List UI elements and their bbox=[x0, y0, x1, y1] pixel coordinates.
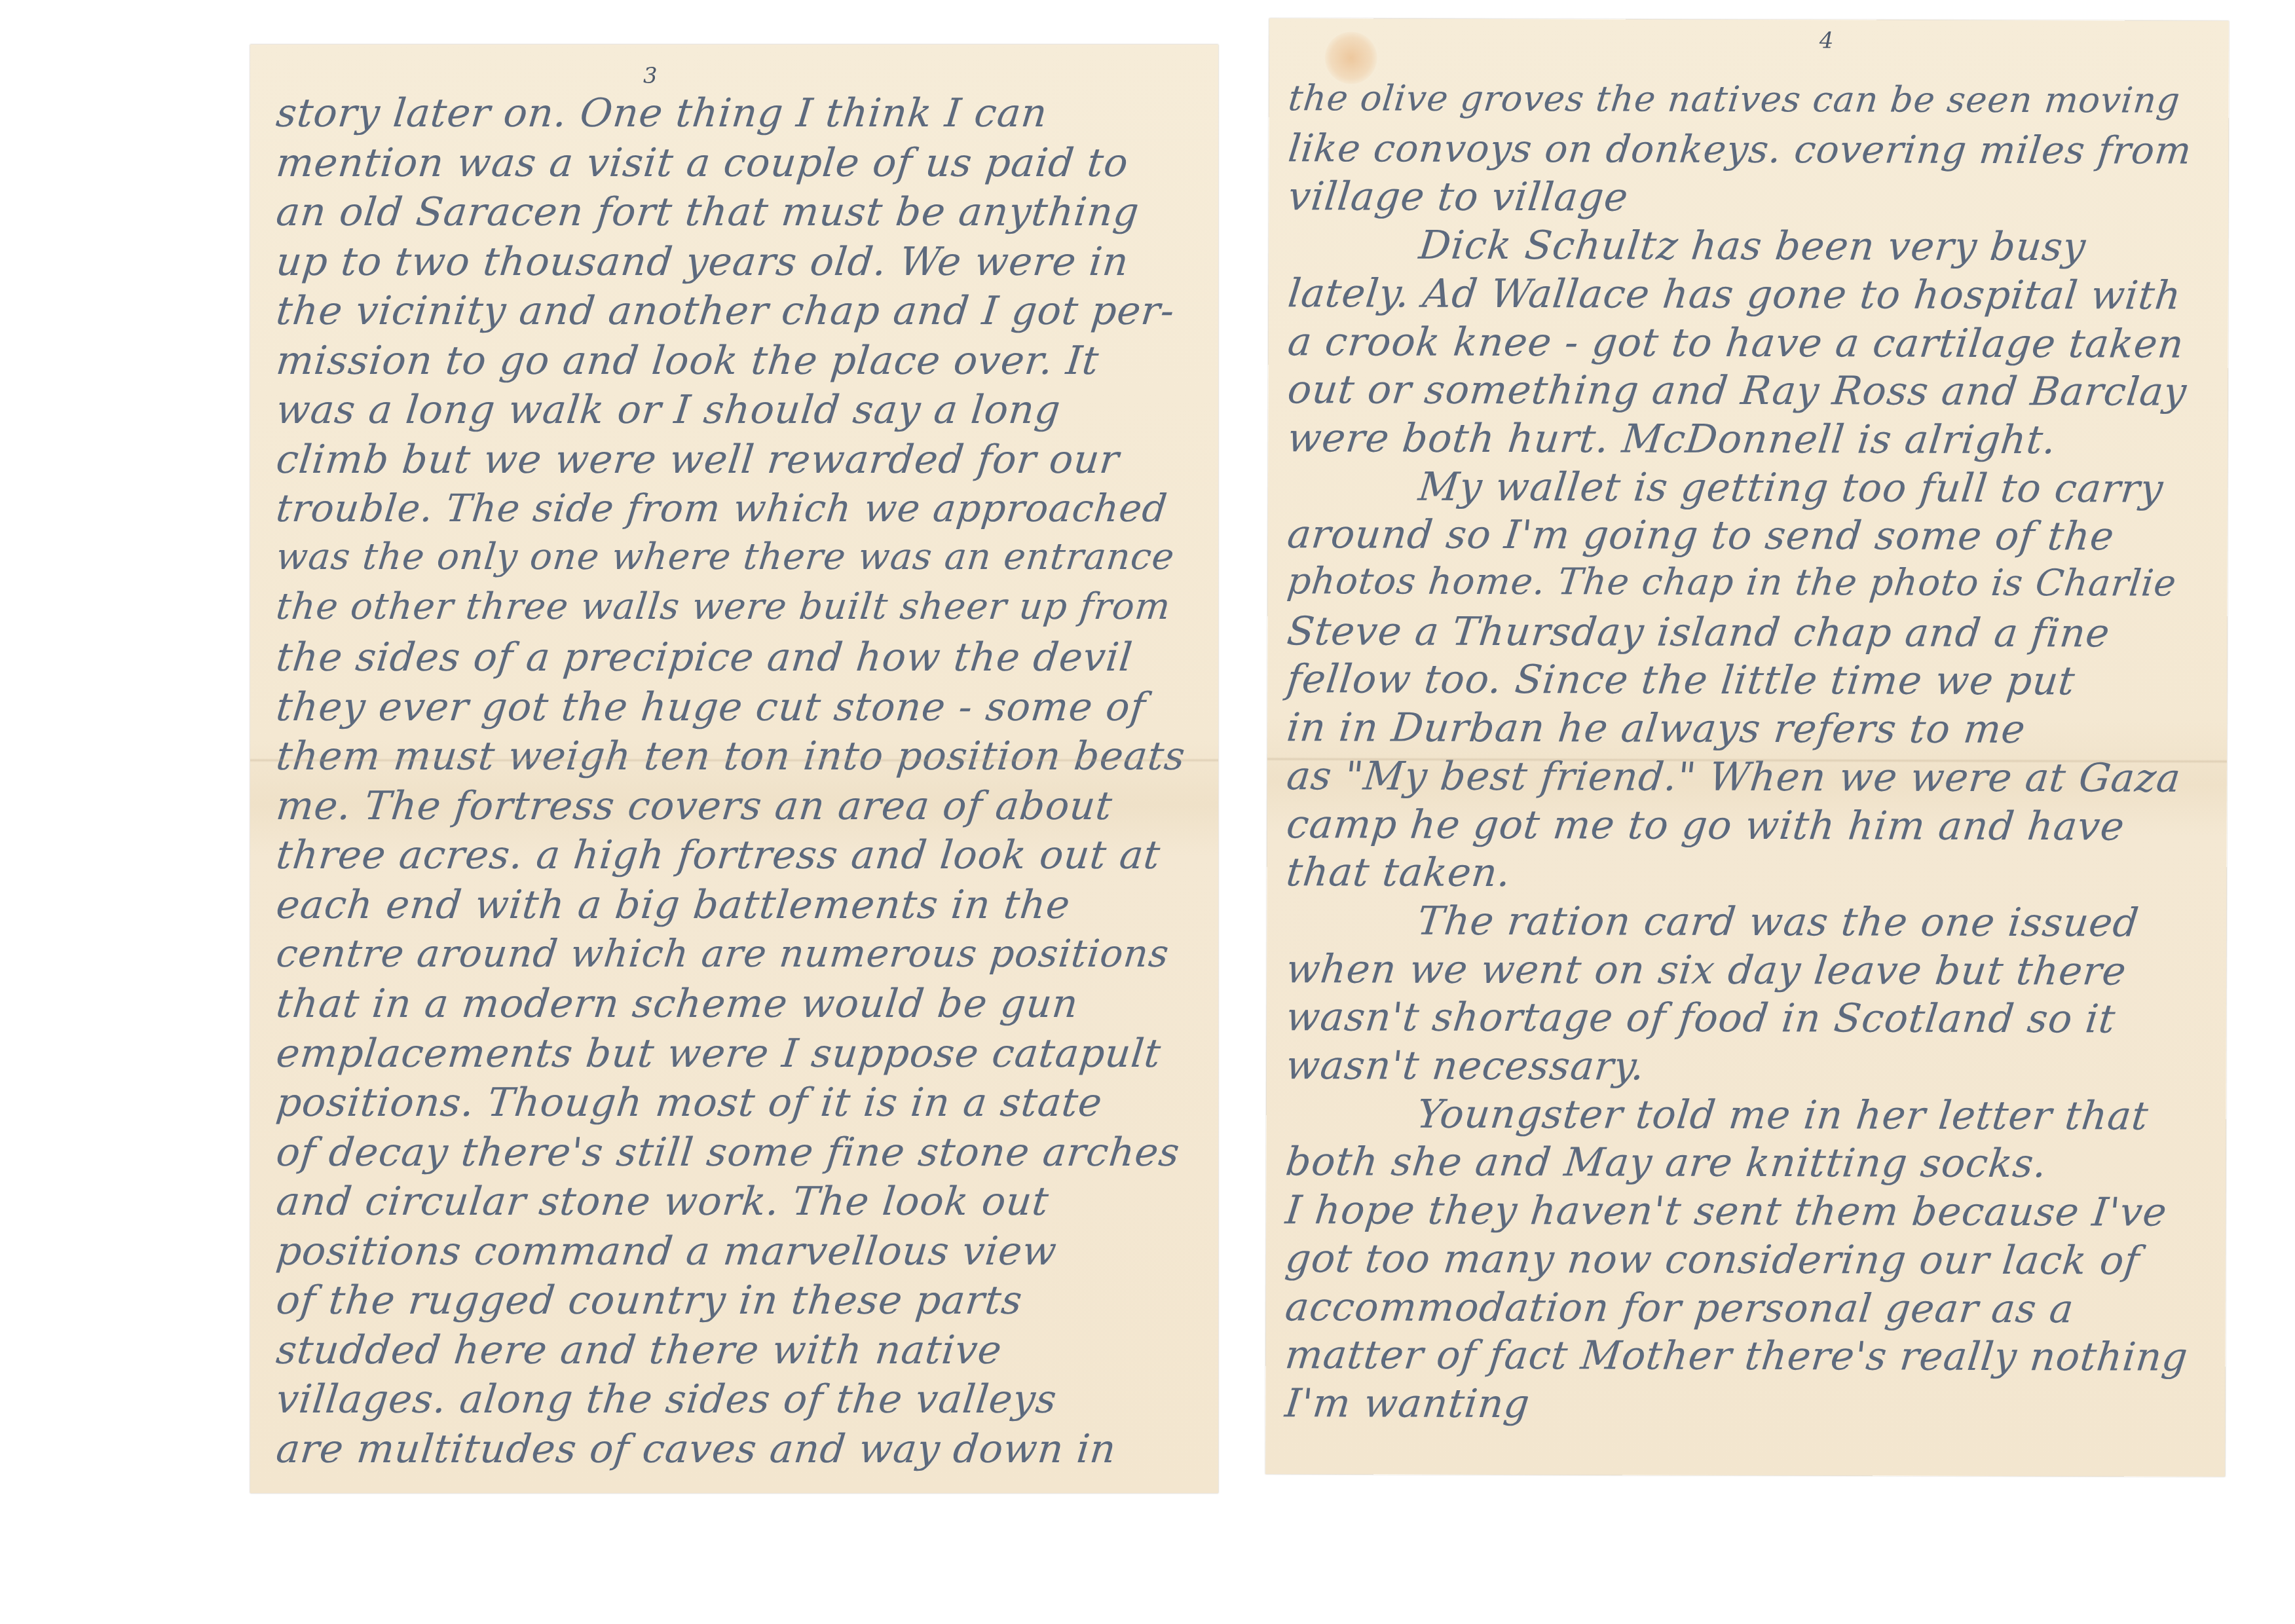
text-line: the vicinity and another chap and I got … bbox=[274, 288, 1177, 334]
text-line: the sides of a precipice and how the dev… bbox=[274, 635, 1134, 680]
page-right-text: the olive groves the natives can be seen… bbox=[1265, 18, 2229, 1477]
text-line: climb but we were well rewarded for our bbox=[274, 437, 1121, 483]
text-line: Steve a Thursday island chap and a fine bbox=[1285, 608, 2112, 656]
text-line: mission to go and look the place over. I… bbox=[274, 338, 1101, 384]
text-line: are multitudes of caves and way down in bbox=[274, 1426, 1118, 1472]
text-line: was a long walk or I should say a long bbox=[274, 387, 1063, 433]
text-line: village to village bbox=[1286, 174, 1630, 220]
text-line: mention was a visit a couple of us paid … bbox=[274, 140, 1130, 186]
text-line: were both hurt. McDonnell is alright. bbox=[1285, 415, 2059, 463]
text-line: fellow too. Since the little time we put bbox=[1285, 656, 2078, 704]
text-line: I'm wanting bbox=[1283, 1380, 1533, 1427]
text-line: the other three walls were built sheer u… bbox=[274, 585, 1173, 628]
text-line: lately. Ad Wallace has gone to hospital … bbox=[1286, 270, 2184, 319]
letter-page-right: 4 the olive groves the natives can be se… bbox=[1265, 18, 2229, 1477]
text-line: each end with a big battlements in the bbox=[274, 882, 1072, 928]
text-line: an old Saracen fort that must be anythin… bbox=[274, 189, 1142, 235]
text-line: up to two thousand years old. We were in bbox=[274, 239, 1131, 285]
text-line: positions command a marvellous view bbox=[274, 1228, 1059, 1274]
letter-page-left: 3 story later on. One thing I think I ca… bbox=[250, 45, 1218, 1493]
text-line: photos home. The chap in the photo is Ch… bbox=[1285, 560, 2178, 605]
text-line: they ever got the huge cut stone - some … bbox=[274, 684, 1147, 730]
text-line: centre around which are numerous positio… bbox=[274, 931, 1171, 976]
text-line: of decay there's still some fine stone a… bbox=[274, 1130, 1182, 1175]
text-line: camp he got me to go with him and have bbox=[1284, 802, 2127, 849]
text-line: My wallet is getting too full to carry bbox=[1285, 464, 2165, 511]
text-line: me. The fortress covers an area of about bbox=[274, 783, 1115, 829]
text-line: both she and May are knitting socks. bbox=[1284, 1139, 2049, 1187]
text-line: a crook knee - got to have a cartilage t… bbox=[1286, 319, 2186, 367]
text-line: wasn't necessary. bbox=[1284, 1043, 1647, 1089]
text-line: wasn't shortage of food in Scotland so i… bbox=[1284, 994, 2118, 1042]
text-line: positions. Though most of it is in a sta… bbox=[274, 1080, 1104, 1126]
text-line: and circular stone work. The look out bbox=[274, 1179, 1051, 1225]
text-line: around so I'm going to send some of the bbox=[1285, 511, 2117, 559]
text-line: as "My best friend." When we were at Gaz… bbox=[1284, 753, 2183, 802]
text-line: the olive groves the natives can be seen… bbox=[1286, 77, 2182, 121]
text-line: villages. along the sides of the valleys bbox=[274, 1376, 1059, 1422]
text-line: that in a modern scheme would be gun bbox=[274, 981, 1081, 1027]
page-left-text: story later on. One thing I think I canm… bbox=[250, 45, 1218, 1493]
text-line: when we went on six day leave but there bbox=[1284, 946, 2129, 994]
text-line: out or something and Ray Ross and Barcla… bbox=[1286, 367, 2190, 415]
text-line: story later on. One thing I think I can bbox=[274, 90, 1049, 136]
text-line: them must weigh ten ton into position be… bbox=[274, 733, 1187, 779]
text-line: Dick Schultz has been very busy bbox=[1286, 222, 2088, 270]
text-line: accommodation for personal gear as a bbox=[1283, 1284, 2076, 1332]
text-line: got too many now considering our lack of bbox=[1283, 1236, 2142, 1283]
text-line: matter of fact Mother there's really not… bbox=[1283, 1332, 2190, 1380]
text-line: three acres. a high fortress and look ou… bbox=[274, 832, 1163, 878]
text-line: Youngster told me in her letter that bbox=[1284, 1091, 2151, 1139]
text-line: of the rugged country in these parts bbox=[274, 1278, 1024, 1323]
text-line: was the only one where there was an entr… bbox=[274, 536, 1177, 578]
text-line: studded here and there with native bbox=[274, 1327, 1004, 1373]
text-line: emplacements but were I suppose catapult bbox=[274, 1031, 1163, 1077]
text-line: The ration card was the one issued bbox=[1284, 898, 2142, 946]
text-line: that taken. bbox=[1284, 849, 1514, 896]
text-line: in in Durban he always refers to me bbox=[1284, 705, 2028, 752]
text-line: trouble. The side from which we approach… bbox=[274, 486, 1169, 530]
text-line: like convoys on donkeys. covering miles … bbox=[1286, 126, 2194, 173]
text-line: I hope they haven't sent them because I'… bbox=[1283, 1187, 2169, 1236]
